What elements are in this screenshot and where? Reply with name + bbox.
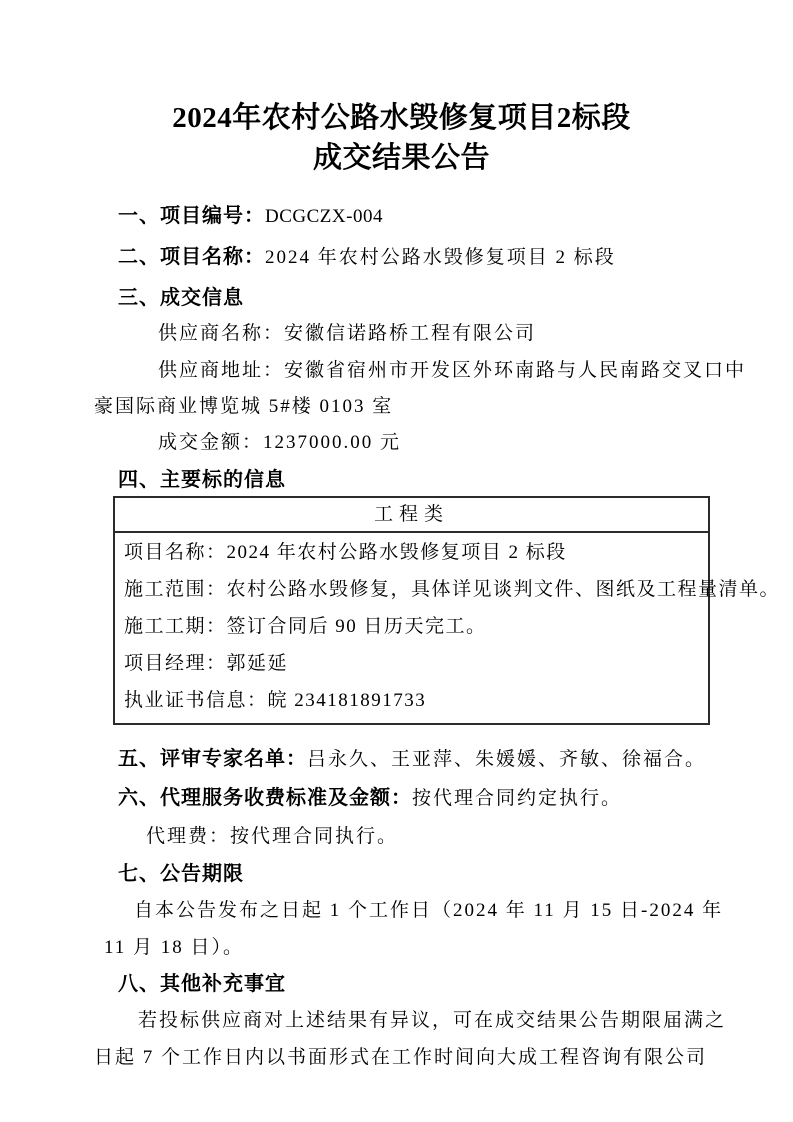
section-heading-other-matters: 八、其他补充事宜 xyxy=(94,972,709,996)
section-heading-project-number: 一、项目编号：DCGCZX-004 xyxy=(94,204,709,229)
document-page: 2024年农村公路水毁修复项目2标段 成交结果公告 一、项目编号：DCGCZX-… xyxy=(0,0,793,1122)
table-row-certificate: 执业证书信息：皖 234181891733 xyxy=(115,683,708,720)
announcement-period-line2: 11 月 18 日）。 xyxy=(94,936,709,960)
section-heading-subject-info: 四、主要标的信息 xyxy=(94,468,709,492)
subject-info-table: 工程类 项目名称：2024 年农村公路水毁修复项目 2 标段 施工范围：农村公路… xyxy=(113,496,710,725)
experts-label: 五、评审专家名单： xyxy=(118,748,307,770)
page-title: 2024年农村公路水毁修复项目2标段 成交结果公告 xyxy=(94,98,709,178)
section-heading-experts: 五、评审专家名单：吕永久、王亚萍、朱媛媛、齐敏、徐福合。 xyxy=(94,747,709,772)
agency-fee-value: 按代理合同约定执行。 xyxy=(412,788,622,809)
table-row-project-name: 项目名称：2024 年农村公路水毁修复项目 2 标段 xyxy=(115,535,708,572)
section-heading-announcement-period: 七、公告期限 xyxy=(94,862,709,886)
project-number-value: DCGCZX-004 xyxy=(265,206,383,227)
page-title-line2: 成交结果公告 xyxy=(94,138,709,178)
agency-fee-sub-line: 代理费：按代理合同执行。 xyxy=(94,825,709,849)
announcement-period-line1: 自本公告发布之日起 1 个工作日（2024 年 11 月 15 日-2024 年 xyxy=(94,899,709,923)
table-row-duration: 施工工期：签订合同后 90 日历天完工。 xyxy=(115,609,708,646)
supplier-name-line: 供应商名称：安徽信诺路桥工程有限公司 xyxy=(94,322,709,346)
project-name-value: 2024 年农村公路水毁修复项目 2 标段 xyxy=(265,247,616,268)
other-matters-line1: 若投标供应商对上述结果有异议，可在成交结果公告期限届满之 xyxy=(94,1009,709,1033)
page-title-line1: 2024年农村公路水毁修复项目2标段 xyxy=(94,98,709,138)
supplier-address-line2: 豪国际商业博览城 5#楼 0103 室 xyxy=(94,395,709,419)
table-body: 项目名称：2024 年农村公路水毁修复项目 2 标段 施工范围：农村公路水毁修复… xyxy=(115,533,708,723)
section-heading-agency-fee: 六、代理服务收费标准及金额：按代理合同约定执行。 xyxy=(94,786,709,811)
agency-fee-label: 六、代理服务收费标准及金额： xyxy=(118,787,412,809)
section-heading-deal-info: 三、成交信息 xyxy=(94,286,709,310)
other-matters-line2: 日起 7 个工作日内以书面形式在工作时间向大成工程咨询有限公司 xyxy=(94,1046,709,1070)
supplier-address-line1: 供应商地址：安徽省宿州市开发区外环南路与人民南路交叉口中 xyxy=(94,359,709,383)
project-name-label: 二、项目名称： xyxy=(118,246,265,268)
project-number-label: 一、项目编号： xyxy=(118,205,265,227)
experts-value: 吕永久、王亚萍、朱媛媛、齐敏、徐福合。 xyxy=(307,749,706,770)
section-heading-project-name: 二、项目名称：2024 年农村公路水毁修复项目 2 标段 xyxy=(94,245,709,270)
deal-amount-line: 成交金额：1237000.00 元 xyxy=(94,431,709,455)
table-row-manager: 项目经理：郭延延 xyxy=(115,646,708,683)
table-header-cell: 工程类 xyxy=(115,498,708,533)
table-row-scope: 施工范围：农村公路水毁修复，具体详见谈判文件、图纸及工程量清单。 xyxy=(115,572,708,609)
